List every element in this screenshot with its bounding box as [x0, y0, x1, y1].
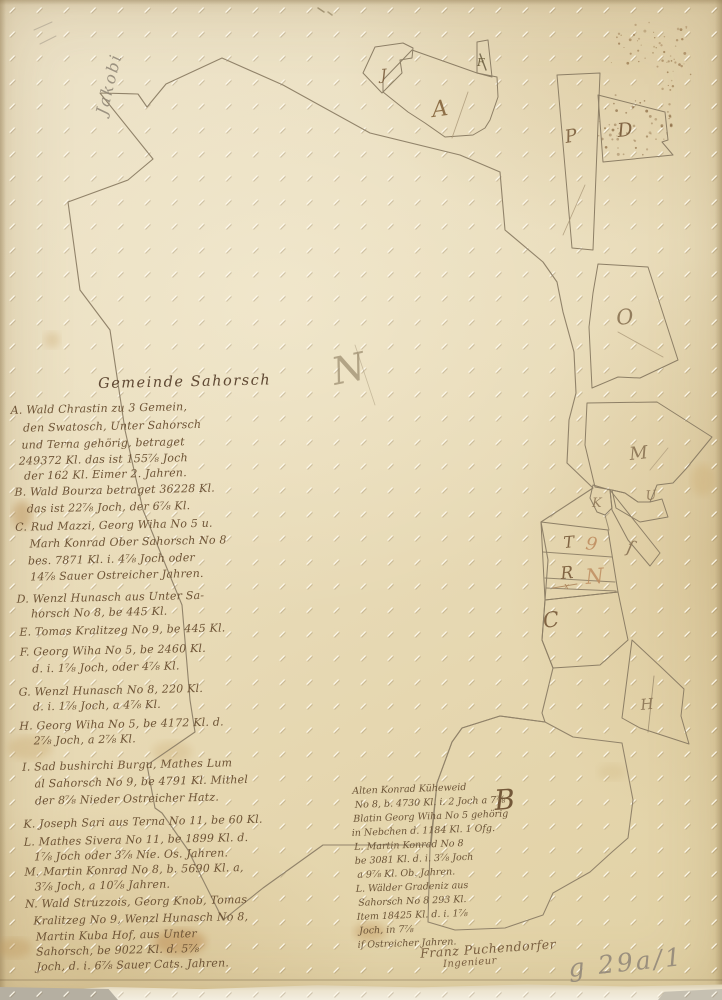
speckle	[680, 28, 683, 31]
speckle	[651, 122, 653, 124]
speckle	[616, 36, 618, 38]
speckle	[664, 36, 665, 37]
map-letter-O-5: O	[615, 304, 635, 330]
speckle	[668, 85, 669, 86]
speckle	[637, 50, 639, 52]
speckle	[629, 38, 632, 41]
legend-line-16: G. Wenzl Hunasch No 8, 220 Kl.	[18, 682, 203, 699]
legend-line-3: 249372 Kl. das ist 155⅞ Joch	[19, 451, 188, 468]
legend-line-25: 1⅞ Joch oder 3⅞ Nie. Os. Jahren.	[34, 846, 228, 863]
speckle	[644, 100, 646, 102]
speckle	[674, 61, 676, 63]
speckle	[650, 133, 651, 134]
stain-1	[44, 332, 60, 348]
speckle	[669, 89, 671, 91]
speckle	[615, 94, 617, 96]
speckle	[609, 134, 612, 137]
speckle	[683, 52, 686, 55]
legend-line-7: C. Rud Mazzi, Georg Wiha No 5 u.	[15, 517, 213, 534]
speckle	[638, 38, 640, 40]
speckle	[680, 65, 682, 67]
notes-line-7: L. Wälder Gradeniz aus	[356, 880, 469, 895]
speckle	[653, 46, 655, 48]
speckle	[681, 38, 683, 40]
legend-line-15: d. i. 1⅞ Joch, oder 4⅞ Kl.	[32, 659, 180, 675]
speckle	[617, 147, 619, 149]
map-letter-H-13: H	[639, 695, 656, 714]
speckle	[672, 85, 674, 87]
legend-line-17: d. i. 1⅞ Joch, a 4⅞ Kl.	[33, 698, 161, 714]
map-letter-x-18: x	[564, 582, 569, 592]
legend-line-14: F. Georg Wiha No 5, be 2460 Kl.	[20, 642, 206, 659]
legend-line-30: Martin Kuba Hof, aus Unter	[36, 927, 197, 943]
speckle	[637, 40, 638, 41]
map-letter-R-11: R	[559, 563, 575, 584]
speckle	[673, 71, 674, 72]
speckle	[652, 52, 654, 54]
notes-line-5: be 3081 Kl. d. i. 3⅞ Joch	[355, 852, 474, 867]
legend-line-12: horsch No 8, be 445 Kl.	[31, 605, 168, 621]
legend-line-18: H. Georg Wiha No 5, be 4172 Kl. d.	[19, 715, 224, 732]
map-letter-N-17: N	[584, 564, 606, 589]
legend-line-31: Sahorsch, be 9022 Kl. d. 5⅞	[36, 942, 200, 958]
legend-line-11: D. Wenzl Hunasch aus Unter Sa-	[17, 589, 205, 606]
notes-line-8: Sahorsch No 8 293 Kl.	[358, 894, 467, 909]
speckle	[641, 45, 642, 46]
speckle	[618, 43, 620, 45]
speckle	[661, 106, 662, 107]
speckle	[613, 103, 615, 105]
legend-line-22: der 8⅞ Nieder Ostreicher Hatz.	[35, 791, 219, 808]
speckle	[654, 37, 655, 38]
speckle	[667, 111, 669, 113]
legend-line-1: den Swatosch, Unter Sahorsch	[23, 418, 201, 435]
notes-line-6: a 9⅞ Kl. Ob. Jahren.	[357, 866, 455, 880]
speckle	[633, 125, 636, 128]
map-letter-C-12: C	[541, 607, 560, 633]
notes-line-4: L. Martin Konrad No 8	[354, 838, 464, 853]
speckle	[644, 58, 645, 59]
speckle	[660, 44, 662, 46]
speckle	[670, 123, 673, 126]
map-letter-D-4: D	[615, 119, 633, 143]
legend-line-21: al Sahorsch No 9, be 4791 Kl. Mithel	[34, 773, 248, 790]
speckle	[667, 71, 669, 73]
speckle	[611, 62, 612, 63]
speckle	[663, 51, 665, 53]
speckle	[605, 108, 606, 109]
speckle	[625, 112, 627, 114]
speckle	[633, 34, 635, 36]
speckle	[639, 102, 641, 104]
legend-line-32: Joch, d. i. 6⅞ Sauer Cats. Jahren.	[36, 956, 229, 973]
legend-line-8: Marh Konrad Ober Sahorsch No 8	[29, 533, 226, 550]
speckle	[663, 138, 664, 139]
speckle	[618, 33, 620, 35]
speckle	[611, 138, 613, 140]
speckle	[653, 32, 654, 33]
legend-line-5: B. Wald Bourza betraget 36228 Kl.	[14, 482, 215, 499]
speckle	[638, 61, 639, 62]
speckle	[634, 24, 636, 26]
stain-7	[691, 464, 715, 496]
speckle	[655, 138, 656, 139]
map-letter-M-6: M	[627, 442, 649, 465]
speckle	[677, 28, 680, 31]
speckle	[635, 147, 637, 149]
speckle	[615, 109, 618, 112]
speckle	[690, 74, 692, 76]
speckle	[649, 115, 652, 118]
map-letter-K-8: K	[591, 496, 603, 511]
speckle	[656, 47, 657, 48]
speckle	[676, 39, 678, 41]
speckle	[685, 26, 687, 28]
speckle	[648, 22, 650, 24]
speckle	[659, 42, 661, 44]
speckle	[675, 45, 677, 47]
speckle	[657, 66, 659, 68]
legend-line-10: 14⅞ Sauer Ostreicher Jahren.	[30, 567, 204, 584]
speckle	[646, 148, 648, 150]
speckle	[683, 63, 684, 64]
notes-line-10: Joch, in 7⅞	[359, 924, 414, 937]
speckle	[670, 55, 672, 57]
legend-line-2: und Terna gehörig, betraget	[21, 435, 185, 451]
speckle	[630, 53, 632, 55]
speckle	[668, 60, 670, 62]
speckle	[654, 118, 657, 121]
speckle	[612, 129, 615, 132]
legend-line-20: I. Sad bushirchi Burgu, Mathes Lum	[22, 756, 232, 773]
speckle	[668, 118, 669, 119]
speckle	[634, 140, 636, 142]
legend-block: Gemeinde Sahorsch A. Wald Chrastin zu 3 …	[4, 371, 247, 986]
speckle	[646, 135, 648, 137]
speckle	[617, 153, 620, 156]
speckle	[666, 62, 667, 63]
speckle	[632, 106, 635, 109]
paper-sheet: JAFPDOMUKſTRCHBN9Nx Gemeinde Sahorsch A.…	[0, 0, 722, 1000]
speckle	[671, 60, 673, 62]
speckle	[673, 59, 674, 60]
speckle	[643, 30, 646, 33]
speckle	[661, 88, 663, 90]
speckle	[669, 114, 672, 117]
legend-line-26: M. Martin Konrad No 8, b. 5690 Kl. a,	[24, 861, 244, 879]
speckle	[642, 154, 644, 156]
legend-line-27: 3⅞ Joch, a 10⅞ Jahren.	[35, 878, 171, 894]
notes-block: Alten Konrad KüheweidNo 8, b. 4730 Kl. i…	[350, 777, 486, 951]
legend-line-9: bes. 7871 Kl. i. 4⅞ Joch oder	[28, 551, 195, 567]
speckle	[620, 35, 622, 37]
speckle	[604, 127, 606, 129]
speckle	[605, 146, 608, 149]
stain-8	[598, 764, 626, 780]
speckle	[660, 124, 663, 127]
speckle	[626, 62, 629, 65]
speckle	[645, 110, 648, 113]
speckle	[623, 153, 625, 155]
legend-line-23: K. Joseph Sari aus Terna No 11, be 60 Kl…	[23, 813, 263, 831]
map-letter-F-2: F	[476, 56, 485, 69]
speckle	[635, 100, 636, 101]
speckle	[623, 47, 624, 48]
legend-line-28: N. Wald Struzzois, Georg Knob, Tomas	[25, 893, 247, 911]
speckle	[598, 135, 600, 137]
speckle	[668, 103, 670, 105]
legend-line-19: 2⅞ Joch, a 2⅞ Kl.	[34, 732, 137, 747]
legend-line-6: das ist 22⅞ Joch, der 6⅞ Kl.	[27, 499, 191, 515]
legend-line-0: A. Wald Chrastin zu 3 Gemein,	[11, 400, 188, 417]
speckle	[661, 59, 663, 61]
notes-line-9: Item 18425 Kl. d. i. 1⅞	[357, 908, 468, 923]
speckle	[609, 124, 611, 126]
legend-line-4: der 162 Kl. Eimer 2. Jahren.	[24, 466, 187, 482]
notes-line-0: Alten Konrad Küheweid	[352, 782, 466, 797]
legend-line-13: E. Tomas Kralitzeg No 9, be 445 Kl.	[19, 621, 225, 638]
legend-line-29: Kralitzeg No 9, Wenzl Hunasch No 8,	[33, 910, 248, 927]
speckle	[678, 63, 681, 66]
notes-line-3: in Nebchen d. 1184 Kl. 1 Ofg.	[352, 823, 496, 839]
speckle	[671, 80, 672, 81]
